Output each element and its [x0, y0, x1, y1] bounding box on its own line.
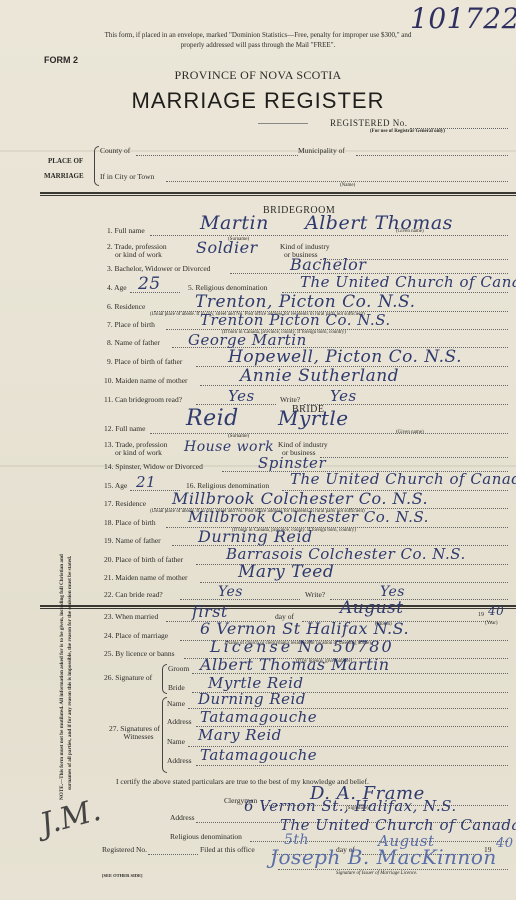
- groom-residence: Trenton, Picton Co. N.S.: [195, 292, 416, 312]
- groom-age-label: 4. Age: [107, 283, 127, 292]
- bride-mother: Mary Teed: [238, 562, 334, 582]
- marriage-year: 40: [488, 604, 504, 618]
- county-field[interactable]: [136, 155, 298, 156]
- groom-write: Yes: [330, 387, 357, 405]
- county-label: County of: [100, 146, 130, 155]
- groom-father-birthplace-label: 9. Place of birth of father: [107, 357, 182, 366]
- groom-birthplace-label: 7. Place of birth: [107, 320, 155, 329]
- witness1-name: Durning Reid: [198, 690, 306, 708]
- clergyman-religion-label: Religious denomination: [170, 832, 242, 841]
- bride-father-birthplace-label: 20. Place of birth of father: [104, 555, 183, 564]
- groom-father-birthplace: Hopewell, Picton Co. N.S.: [228, 347, 462, 367]
- municipality-field[interactable]: [356, 155, 508, 156]
- groom-given-name: Albert Thomas: [305, 212, 453, 234]
- registered-no-label: REGISTERED No.: [330, 118, 408, 128]
- section-rule: [40, 192, 516, 196]
- bride-trade: House work: [184, 439, 274, 455]
- line: [196, 765, 508, 766]
- province-heading: PROVINCE OF NOVA SCOTIA: [0, 68, 516, 83]
- groom-sig-label: Groom: [168, 664, 189, 673]
- groom-surname: Martin: [200, 212, 269, 234]
- witness1-address-label: Address: [167, 717, 192, 726]
- form-label: FORM 2: [44, 55, 78, 65]
- bride-surname: Reid: [186, 406, 239, 431]
- year-note: (Year): [485, 621, 498, 626]
- groom-full-name-label: 1. Full name: [107, 226, 145, 235]
- label-line: or kind of work: [104, 448, 162, 457]
- filed-label: Filed at this office: [200, 845, 255, 854]
- section-rule: [40, 605, 516, 609]
- bride-father: Durning Reid: [198, 527, 313, 546]
- marriage-register-document: 101722 This form, if placed in an envelo…: [0, 0, 516, 900]
- groom-trade-label: 2. Trade, professionor kind of work: [107, 243, 167, 259]
- bride-age-label: 15. Age: [104, 481, 127, 490]
- groom-signature: Albert Thomas Martin: [200, 655, 390, 674]
- marriage-month: August: [340, 598, 404, 618]
- mailing-notice-line2: properly addressed will pass through the…: [0, 40, 516, 51]
- groom-status: Bachelor: [290, 255, 366, 274]
- clergyman-address: 6 Vernon St., Halifax, N.S.: [244, 797, 457, 815]
- issuer-signature: Joseph B. MacKinnon: [270, 845, 497, 869]
- groom-religion-label: 5. Religious denomination: [188, 283, 267, 292]
- label-line: Witnesses: [115, 732, 153, 741]
- bride-birthplace-label: 18. Place of birth: [104, 518, 156, 527]
- signature-label: 26. Signature of: [104, 673, 152, 682]
- line: [278, 869, 508, 870]
- given-name-note: (Given name): [396, 430, 424, 435]
- bride-sig-label: Bride: [168, 683, 185, 692]
- bride-residence: Millbrook Colchester Co. N.S.: [172, 489, 428, 508]
- label-line: or kind of work: [107, 250, 162, 259]
- bride-father-label: 19. Name of father: [104, 536, 161, 545]
- brace: [94, 146, 99, 186]
- side-note-line: NOTE.—This form must not be mutilated. A…: [59, 554, 65, 800]
- given-name-note: (Given name): [396, 229, 424, 234]
- place-of-marriage-label-1: PLACE OF: [48, 157, 83, 165]
- bride-religion: The United Church of Canada: [290, 470, 516, 488]
- groom-trade: Soldier: [196, 238, 258, 257]
- witness2-name-label: Name: [167, 737, 185, 746]
- registered-no-note: (For use of Registrar General only): [370, 129, 445, 134]
- title-rule: [258, 123, 308, 124]
- witnesses-label: 27. Signatures ofWitnesses: [109, 725, 160, 741]
- bride-read: Yes: [218, 584, 243, 600]
- bride-industry-field[interactable]: [320, 457, 508, 458]
- place-of-marriage-field-label: 24. Place of marriage: [104, 631, 168, 640]
- bride-age: 21: [136, 473, 156, 491]
- groom-religion: The United Church of Canada: [300, 273, 516, 291]
- line: [150, 235, 508, 236]
- bride-write-label: Write?: [305, 590, 325, 599]
- groom-father-label: 8. Name of father: [107, 338, 160, 347]
- city-label: If in City or Town: [100, 172, 154, 181]
- bride-full-name-label: 12. Full name: [104, 424, 145, 433]
- licence-label: 25. By licence or banns: [104, 649, 175, 658]
- document-title: MARRIAGE REGISTER: [0, 88, 516, 114]
- bride-given-name: Myrtle: [278, 406, 349, 430]
- municipality-label: Municipality of: [298, 146, 345, 155]
- groom-write-label: Write?: [280, 395, 300, 404]
- groom-residence-label: 6. Residence: [107, 302, 145, 311]
- line: [200, 582, 508, 583]
- bride-status-label: 14. Spinster, Widow or Divorced: [104, 462, 203, 471]
- line: [150, 433, 508, 434]
- witness1-address: Tatamagouche: [200, 708, 317, 726]
- groom-mother-label: 10. Maiden name of mother: [104, 376, 188, 385]
- groom-mother: Annie Sutherland: [240, 366, 399, 386]
- paper-fold: [0, 150, 516, 152]
- clergyman-address-label: Address: [170, 813, 195, 822]
- witness2-name: Mary Reid: [198, 726, 282, 744]
- groom-read: Yes: [228, 387, 255, 405]
- groom-read-label: 11. Can bridegroom read?: [104, 395, 182, 404]
- witness1-name-label: Name: [167, 699, 185, 708]
- bride-birthplace: Millbrook Colchester Co. N.S.: [188, 508, 429, 526]
- groom-birthplace: Trenton Picton Co. N.S.: [200, 311, 391, 329]
- issuer-note: Signature of Issuer of Marriage Licence.: [336, 871, 417, 876]
- bride-mother-label: 21. Maiden name of mother: [104, 573, 188, 582]
- city-field[interactable]: [166, 181, 508, 182]
- side-note: NOTE.—This form must not be mutilated. A…: [58, 330, 74, 800]
- bottom-registered-no-label: Registered No.: [102, 845, 147, 854]
- groom-status-label: 3. Bachelor, Widower or Divorced: [107, 264, 210, 273]
- year-prefix: 19: [478, 612, 484, 618]
- witness2-address-label: Address: [167, 756, 192, 765]
- licence-number: No 50780: [298, 637, 394, 656]
- bride-trade-label: 13. Trade, professionor kind of work: [104, 441, 167, 457]
- bottom-registered-no-field[interactable]: [148, 854, 198, 855]
- margin-initials: J.M.: [37, 793, 105, 843]
- marriage-place: 6 Vernon St Halifax N.S.: [200, 619, 409, 638]
- bride-residence-label: 17. Residence: [104, 499, 146, 508]
- place-of-marriage-label-2: MARRIAGE: [44, 172, 84, 180]
- when-married-label: 23. When married: [104, 612, 158, 621]
- see-other-side: [SEE OTHER SIDE]: [102, 873, 143, 878]
- bride-read-label: 22. Can bride read?: [104, 590, 163, 599]
- brace: [162, 664, 167, 694]
- groom-age: 25: [138, 274, 161, 294]
- witness2-address: Tatamagouche: [200, 746, 317, 764]
- licence-type: License: [210, 637, 293, 656]
- city-name-note: (Name): [340, 183, 355, 188]
- bride-father-birthplace: Barrasois Colchester Co. N.S.: [226, 545, 466, 563]
- side-note-line: surnames of all parties, and if for any …: [67, 556, 73, 800]
- filed-year: 40: [496, 836, 514, 851]
